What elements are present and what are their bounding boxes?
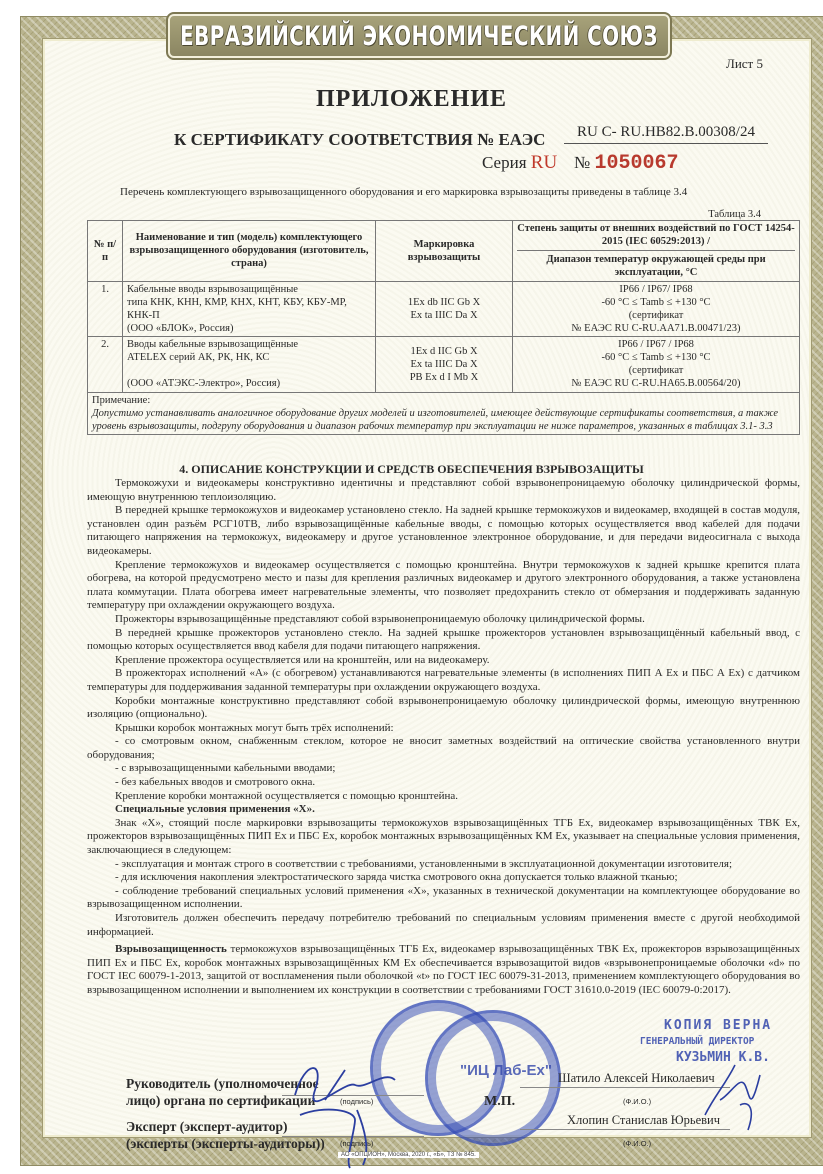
special-heading: Специальные условия применения «Х». xyxy=(87,803,800,817)
paragraph: Крепление термокожухов и видеокамер осущ… xyxy=(87,559,800,613)
union-banner: ЕВРАЗИЙСКИЙ ЭКОНОМИЧЕСКИЙ СОЮЗ xyxy=(168,14,670,58)
section-body: Термокожухи и видеокамеры конструктивно … xyxy=(87,477,800,998)
col-number: № п/п xyxy=(88,221,123,282)
paragraph: - для исключения накопления электростати… xyxy=(87,871,800,885)
paragraph: Крепление коробки монтажной осуществляет… xyxy=(87,790,800,804)
table-caption: Таблица 3.4 xyxy=(708,209,761,220)
protection-line: (сертификат xyxy=(517,309,795,322)
seal-label: М.П. xyxy=(484,1094,515,1110)
certificate-number: RU C- RU.НВ82.В.00308/24 xyxy=(564,124,768,144)
marking-line: Ex ta IIIC Da X xyxy=(380,358,508,371)
union-title: ЕВРАЗИЙСКИЙ ЭКОНОМИЧЕСКИЙ СОЮЗ xyxy=(180,21,658,52)
stamp-org-text: "ИЦ Лаб-Ex" xyxy=(460,1062,552,1079)
paragraph: - со смотровым окном, снабженным стеклом… xyxy=(87,735,800,762)
expert-name-line xyxy=(520,1128,730,1130)
row-name-line: (ООО «АТЭКС-Электро», Россия) xyxy=(127,377,371,390)
paragraph: В передней крышке термокожухов и видеока… xyxy=(87,504,800,558)
note-label: Примечание: xyxy=(92,394,795,407)
paragraph: Крышки коробок монтажных могут быть трёх… xyxy=(87,722,800,736)
protection-line: -60 °С ≤ Tamb ≤ +130 °С xyxy=(517,351,795,364)
signature-scribble-director xyxy=(700,1055,770,1135)
paragraph: В прожекторах исполнений «А» (с обогрево… xyxy=(87,667,800,694)
paragraph: Знак «Х», стоящий после маркировки взрыв… xyxy=(87,817,800,858)
marking-line: 1Ex d IIC Gb X xyxy=(380,345,508,358)
protection-line: (сертификат xyxy=(517,364,795,377)
col-marking: Маркировка взрывозащиты xyxy=(376,221,513,282)
copy-line: КОПИЯ ВЕРНА xyxy=(640,1018,772,1034)
paragraph: - с взрывозащищенными кабельными вводами… xyxy=(87,762,800,776)
page-title: ПРИЛОЖЕНИЕ xyxy=(0,86,823,113)
section-heading: 4. ОПИСАНИЕ КОНСТРУКЦИИ И СРЕДСТВ ОБЕСПЕ… xyxy=(0,462,823,477)
row-protection: IP66 / IP67/ IP68 -60 °С ≤ Tamb ≤ +130 °… xyxy=(513,281,800,337)
paragraph: Взрывозащищенность термокожухов взрывоза… xyxy=(87,943,800,997)
row-name-line: Кабельные вводы взрывозащищённые xyxy=(127,283,371,296)
final-bold: Взрывозащищенность xyxy=(115,943,227,955)
table-note: Примечание: Допустимо устанавливать анал… xyxy=(88,392,800,434)
protection-line: № ЕАЭС RU C-RU.НА65.В.00564/20) xyxy=(517,377,795,390)
row-number: 1. xyxy=(88,281,123,337)
series: Серия RU xyxy=(482,152,557,174)
row-name-line: Вводы кабельные взрывозащищённые xyxy=(127,338,371,351)
row-name: Вводы кабельные взрывозащищённые ATELEX … xyxy=(123,337,376,393)
series-label: Серия xyxy=(482,153,527,172)
sheet-number: Лист 5 xyxy=(726,56,763,72)
signature-scribble-head xyxy=(285,1040,435,1170)
table-row: 1. Кабельные вводы взрывозащищённые типа… xyxy=(88,281,800,337)
equipment-table: № п/п Наименование и тип (модель) компле… xyxy=(87,220,800,435)
row-marking: 1Ex d IIC Gb X Ex ta IIIC Da X PB Ex d I… xyxy=(376,337,513,393)
row-name-line xyxy=(127,364,371,377)
row-name-line: (ООО «БЛОК», Россия) xyxy=(127,322,371,335)
protection-line: IP66 / IP67/ IP68 xyxy=(517,283,795,296)
number-value: 1050067 xyxy=(594,152,678,175)
head-name: Шатило Алексей Николаевич xyxy=(558,1071,715,1086)
table-header-row: № п/п Наименование и тип (модель) компле… xyxy=(88,221,800,282)
paragraph: Термокожухи и видеокамеры конструктивно … xyxy=(87,477,800,504)
note-text: Допустимо устанавливать аналогичное обор… xyxy=(92,407,795,433)
protection-line: № ЕАЭС RU C-RU.АА71.В.00471/23) xyxy=(517,322,795,335)
paragraph: Изготовитель должен обеспечить передачу … xyxy=(87,912,800,939)
number-label: № xyxy=(574,153,590,172)
paragraph: Прожекторы взрывозащищённые представляют… xyxy=(87,613,800,627)
expert-name: Хлопин Станислав Юрьевич xyxy=(567,1113,720,1128)
col-protection-a: Степень защиты от внешних воздействий по… xyxy=(517,222,795,251)
table-note-row: Примечание: Допустимо устанавливать анал… xyxy=(88,392,800,434)
table-intro: Перечень комплектующего взрывозащищенног… xyxy=(120,186,687,198)
row-name: Кабельные вводы взрывозащищённые типа КН… xyxy=(123,281,376,337)
blank-number: № 1050067 xyxy=(574,152,679,175)
paragraph: В передней крышке прожекторов установлен… xyxy=(87,627,800,654)
row-name-line: КНК-П xyxy=(127,309,371,322)
table-row: 2. Вводы кабельные взрывозащищённые ATEL… xyxy=(88,337,800,393)
col-name: Наименование и тип (модель) комплектующе… xyxy=(123,221,376,282)
marking-line: Ex ta IIIC Da X xyxy=(380,309,508,322)
head-fio-caption: (Ф.И.О.) xyxy=(623,1097,651,1106)
marking-line: 1Ex db IIC Gb X xyxy=(380,296,508,309)
col-protection-b: Диапазон температур окружающей среды при… xyxy=(517,251,795,279)
protection-line: IP66 / IP67 / IP68 xyxy=(517,338,795,351)
marking-line: PB Ex d I Mb X xyxy=(380,371,508,384)
paragraph: - соблюдение требований специальных усло… xyxy=(87,885,800,912)
printer-imprint: АО «ОПЦИОН», Москва, 2020 г., «Б», ТЗ № … xyxy=(338,1152,479,1158)
paragraph: - без кабельных вводов и смотрового окна… xyxy=(87,776,800,790)
head-name-line xyxy=(520,1086,730,1088)
paragraph: Коробки монтажные конструктивно представ… xyxy=(87,695,800,722)
series-value: RU xyxy=(531,152,557,173)
expert-fio-caption: (Ф.И.О.) xyxy=(623,1139,651,1148)
row-marking: 1Ex db IIC Gb X Ex ta IIIC Da X xyxy=(376,281,513,337)
protection-line: -60 °С ≤ Tamb ≤ +130 °С xyxy=(517,296,795,309)
row-number: 2. xyxy=(88,337,123,393)
copy-line: ГЕНЕРАЛЬНЫЙ ДИРЕКТОР xyxy=(640,1034,772,1050)
paragraph: - эксплуатация и монтаж строго в соответ… xyxy=(87,858,800,872)
col-protection: Степень защиты от внешних воздействий по… xyxy=(513,221,800,282)
certificate-subtitle: К СЕРТИФИКАТУ СООТВЕТСТВИЯ № ЕАЭС xyxy=(174,130,545,150)
row-protection: IP66 / IP67 / IP68 -60 °С ≤ Tamb ≤ +130 … xyxy=(513,337,800,393)
row-name-line: ATELEX серий АК, РК, НК, КС xyxy=(127,351,371,364)
paragraph: Крепление прожектора осуществляется или … xyxy=(87,654,800,668)
row-name-line: типа КНК, КНН, КМР, КНХ, КНТ, КБУ, КБУ-М… xyxy=(127,296,371,309)
